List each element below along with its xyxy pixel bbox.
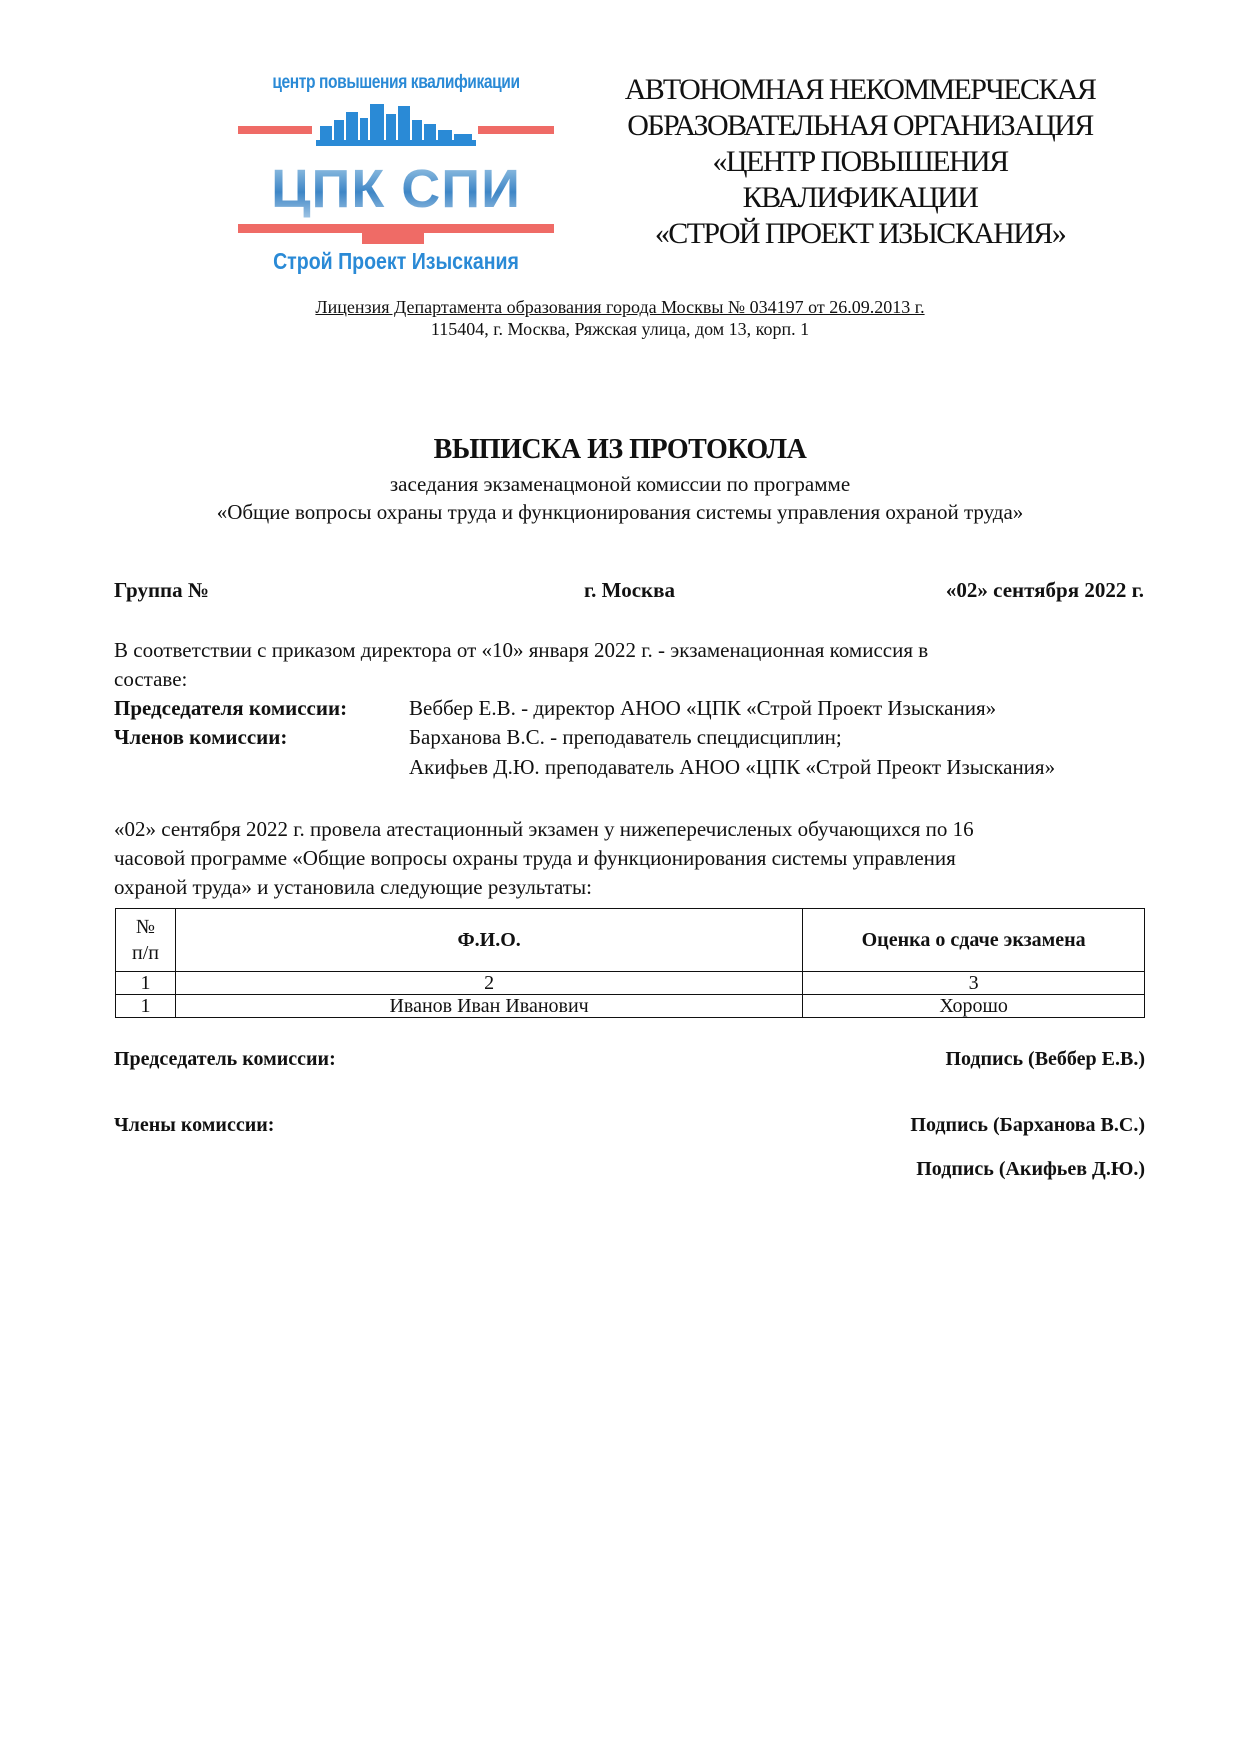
header-name: Ф.И.О. [175, 909, 802, 972]
results-table: № п/п Ф.И.О. Оценка о сдаче экзамена 1 2… [115, 908, 1145, 1018]
document-subtitle: заседания экзаменацмоной комиссии по про… [0, 470, 1240, 498]
city-label: г. Москва [584, 578, 675, 603]
table-header-row: № п/п Ф.И.О. Оценка о сдаче экзамена [116, 909, 1145, 972]
exam-text-line3: охраной труда» и установила следующие ре… [114, 873, 592, 902]
member-1: Барханова В.С. - преподаватель спецдисци… [409, 723, 842, 752]
date-label: «02» сентября 2022 г. [946, 578, 1144, 603]
logo-bar-tab [362, 232, 424, 244]
chairman-label: Председателя комиссии: [114, 694, 347, 723]
member-signature-1: Подпись (Барханова В.С.) [910, 1114, 1145, 1137]
logo-bar-left [238, 126, 312, 134]
members-label: Членов комиссии: [114, 723, 287, 752]
row-name: Иванов Иван Иванович [175, 995, 802, 1018]
member-2: Акифьев Д.Ю. преподаватель АНОО «ЦПК «Ст… [409, 753, 1055, 782]
org-line: «СТРОЙ ПРОЕКТ ИЗЫСКАНИЯ» [600, 216, 1120, 252]
license-block: Лицензия Департамента образования города… [0, 296, 1240, 340]
chairman-signature-label: Председатель комиссии: [114, 1048, 336, 1071]
organization-logo: центр повышения квалификации ЦПК СПИ Стр… [238, 66, 554, 288]
index-cell: 2 [175, 972, 802, 995]
org-line: КВАЛИФИКАЦИИ [600, 180, 1120, 216]
exam-text-line1: «02» сентября 2022 г. провела атестацион… [114, 815, 974, 844]
logo-bar-right [478, 126, 554, 134]
table-row: 1 Иванов Иван Иванович Хорошо [116, 995, 1145, 1018]
header-num: № п/п [116, 909, 176, 972]
commission-intro-line1: В соответствии с приказом директора от «… [114, 636, 928, 665]
index-cell: 1 [116, 972, 176, 995]
header-grade: Оценка о сдаче экзамена [803, 909, 1145, 972]
group-label: Группа № [114, 578, 209, 603]
logo-top-text: центр повышения квалификации [266, 72, 525, 94]
license-text: Лицензия Департамента образования города… [0, 296, 1240, 318]
document-subtitle-block: заседания экзаменацмоной комиссии по про… [0, 470, 1240, 526]
row-grade: Хорошо [803, 995, 1145, 1018]
document-title: ВЫПИСКА ИЗ ПРОТОКОЛА [0, 434, 1240, 466]
city-skyline-icon [316, 102, 476, 146]
logo-bottom-text: Строй Проект Изыскания [262, 248, 531, 275]
commission-intro-line2: составе: [114, 665, 187, 694]
organization-name: АВТОНОМНАЯ НЕКОММЕРЧЕСКАЯ ОБРАЗОВАТЕЛЬНА… [600, 72, 1120, 252]
table-index-row: 1 2 3 [116, 972, 1145, 995]
org-line: ОБРАЗОВАТЕЛЬНАЯ ОРГАНИЗАЦИЯ [600, 108, 1120, 144]
logo-main-text: ЦПК СПИ [238, 158, 554, 220]
org-line: АВТОНОМНАЯ НЕКОММЕРЧЕСКАЯ [600, 72, 1120, 108]
index-cell: 3 [803, 972, 1145, 995]
org-line: «ЦЕНТР ПОВЫШЕНИЯ [600, 144, 1120, 180]
program-name: «Общие вопросы охраны труда и функционир… [0, 498, 1240, 526]
chairman-signature: Подпись (Веббер Е.В.) [945, 1048, 1145, 1071]
members-signature-label: Члены комиссии: [114, 1114, 274, 1137]
chairman-value: Веббер Е.В. - директор АНОО «ЦПК «Строй … [409, 694, 996, 723]
exam-text-line2: часовой программе «Общие вопросы охраны … [114, 844, 956, 873]
row-num: 1 [116, 995, 176, 1018]
address-text: 115404, г. Москва, Ряжская улица, дом 13… [0, 318, 1240, 340]
member-signature-2: Подпись (Акифьев Д.Ю.) [916, 1158, 1145, 1181]
